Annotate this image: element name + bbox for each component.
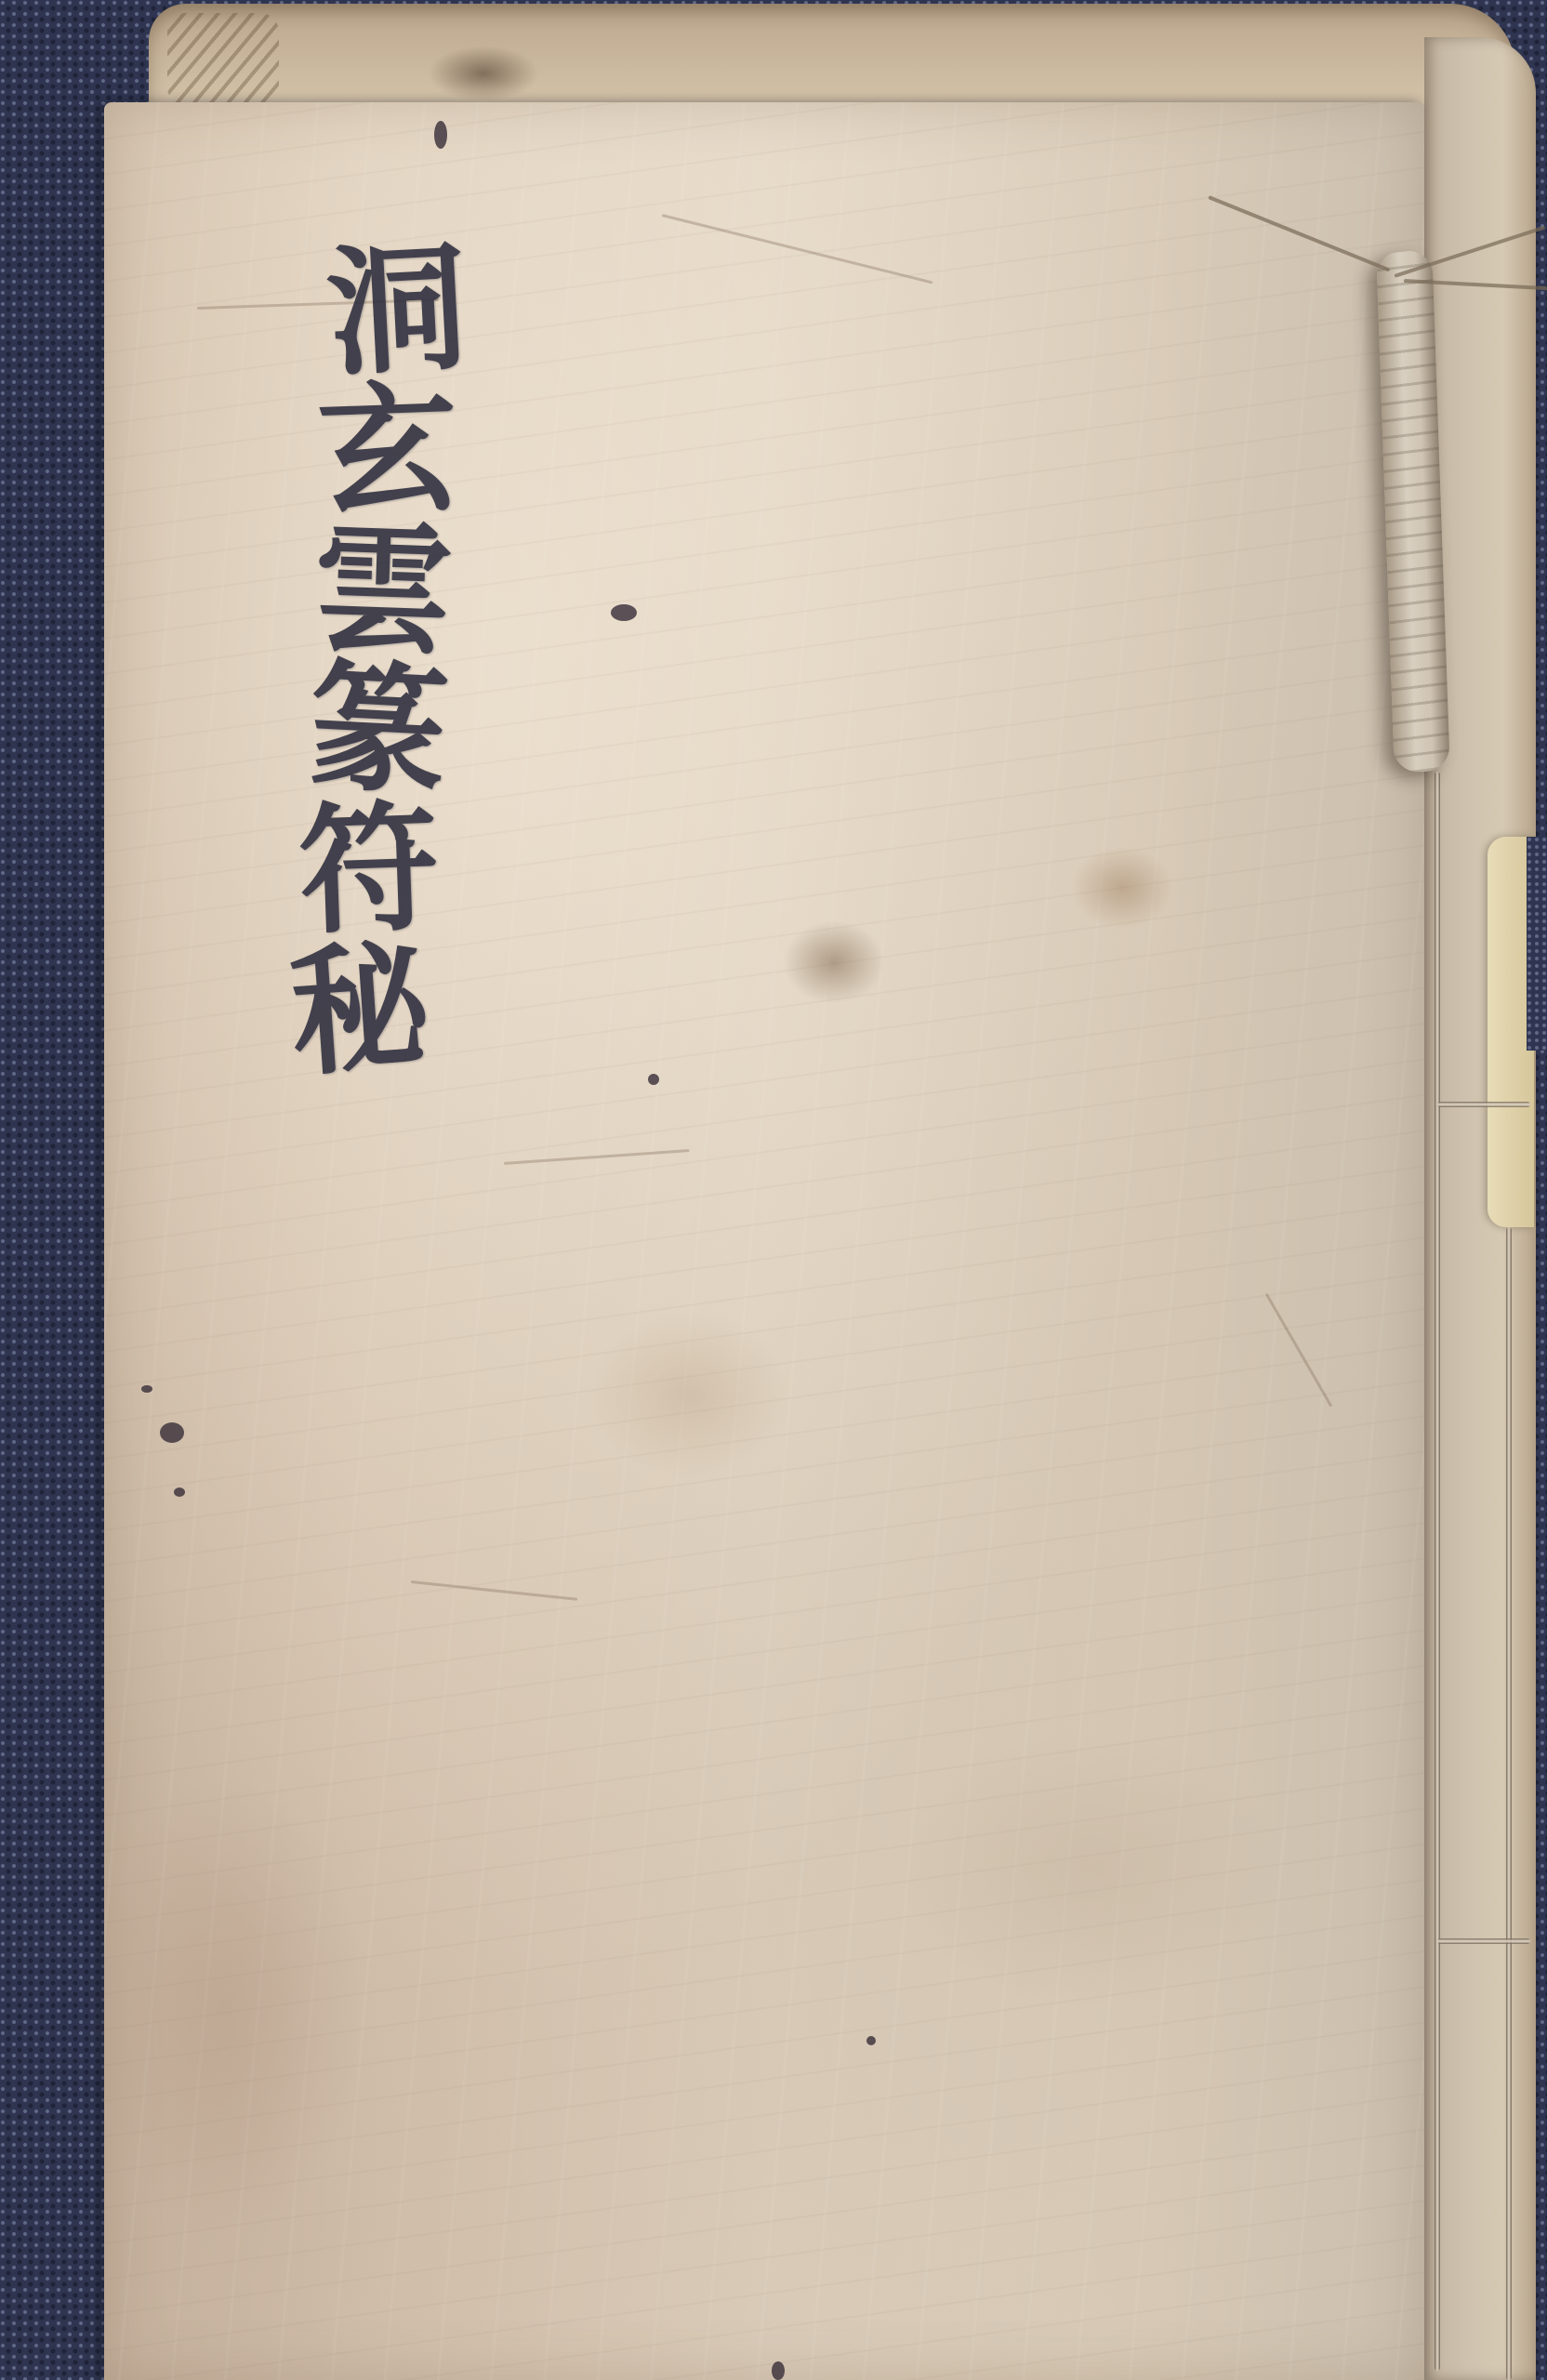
ink-speck <box>141 1385 152 1393</box>
binding-thread <box>1506 1227 1512 2380</box>
book-photo: 洞 玄 雲 篆 符 秘 <box>0 0 1547 2380</box>
stain <box>894 1729 1285 2008</box>
title-char: 秘 <box>285 935 434 1084</box>
stain <box>86 1776 364 2241</box>
paper-crease <box>662 214 933 284</box>
stain-top <box>428 46 539 101</box>
title-char: 洞 <box>324 237 470 384</box>
paper-crease <box>504 1149 690 1165</box>
stain <box>588 1311 792 1478</box>
ink-speck <box>648 1074 659 1085</box>
ink-speck <box>160 1422 184 1443</box>
stain <box>783 920 885 1004</box>
title-char: 雲 <box>311 519 455 663</box>
title-char: 符 <box>297 798 441 942</box>
stain <box>1071 846 1173 930</box>
ink-speck <box>174 1487 185 1497</box>
binding-thread <box>1435 772 1440 2371</box>
ink-speck <box>611 604 637 621</box>
paper-crease <box>411 1580 577 1601</box>
binding-thread-horizontal <box>1437 1938 1530 1944</box>
title-char: 篆 <box>305 656 452 803</box>
ink-speck <box>434 121 447 149</box>
book-title: 洞 玄 雲 篆 符 秘 <box>276 242 481 1078</box>
paper-crease <box>1265 1293 1333 1408</box>
binding-thread-horizontal <box>1437 1102 1530 1107</box>
fabric-background-gap <box>1527 837 1547 1051</box>
book-cover: 洞 玄 雲 篆 符 秘 <box>104 102 1424 2380</box>
title-char: 玄 <box>315 378 459 522</box>
ink-speck <box>866 2036 876 2045</box>
ink-speck <box>772 2361 785 2380</box>
